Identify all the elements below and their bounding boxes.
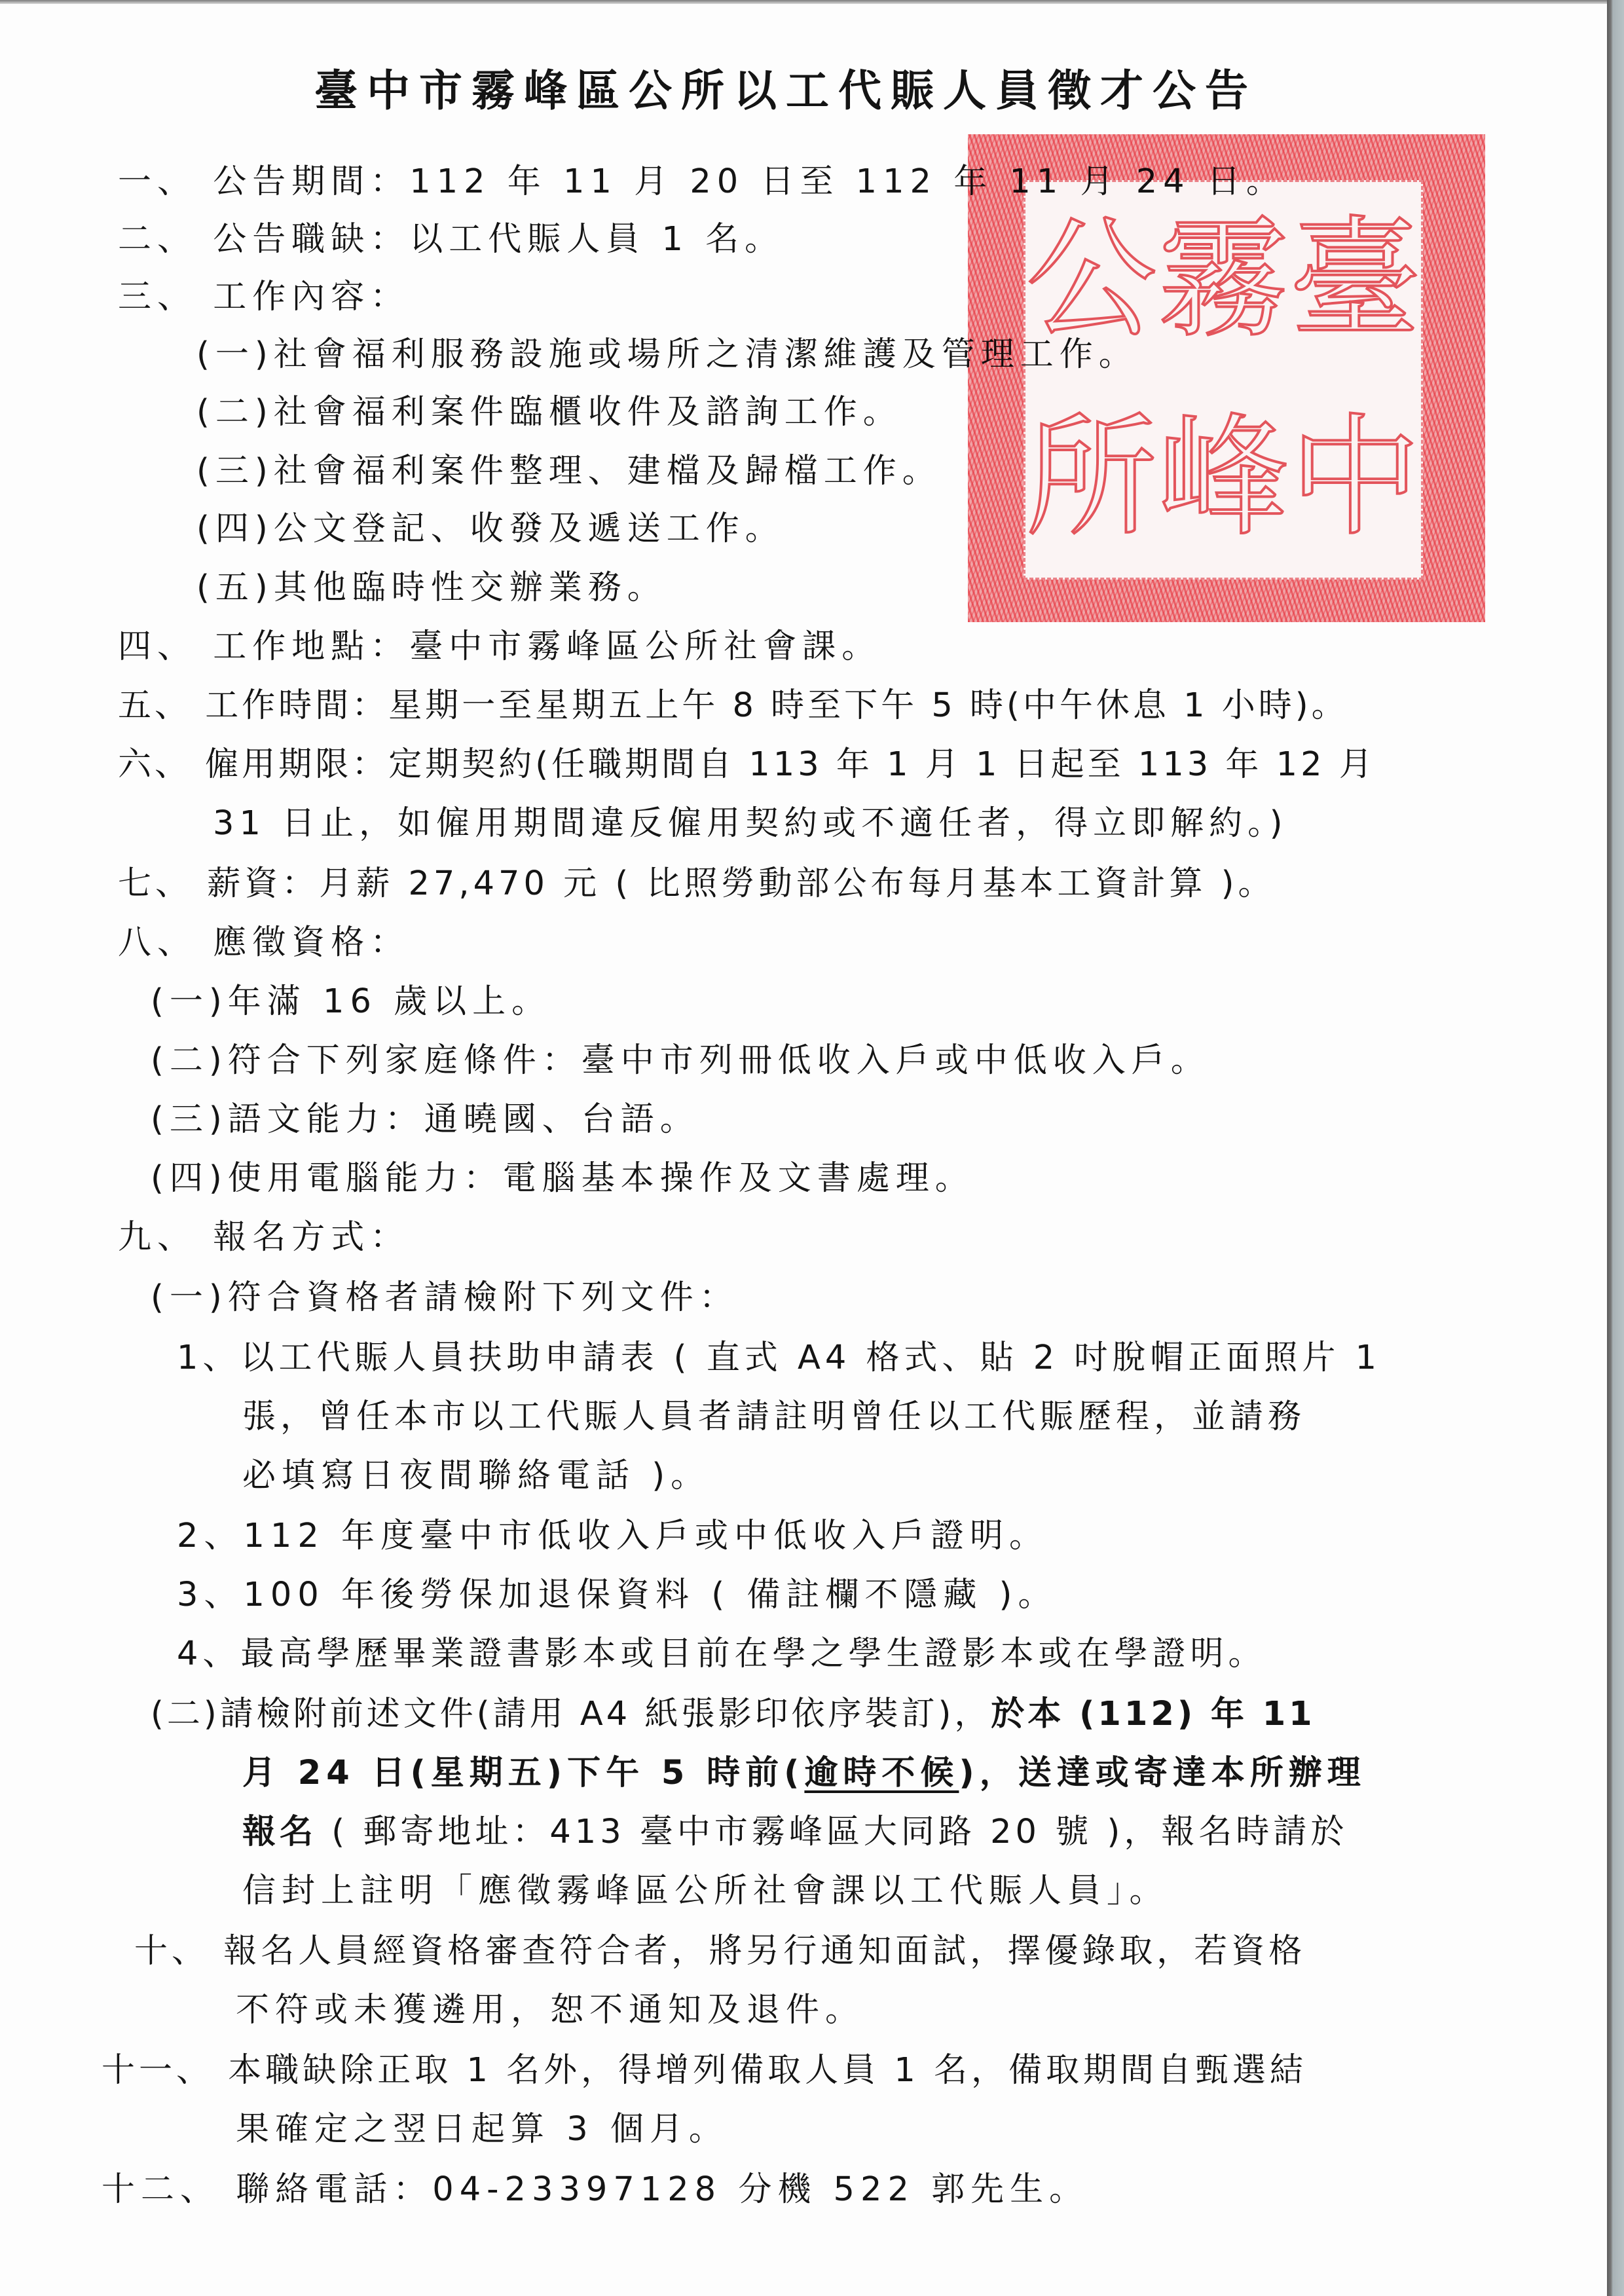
section-text: 星期一至星期五上午 8 時至下午 5 時(中午休息 1 小時)。 [388, 686, 1348, 725]
section-text: 臺中市霧峰區公所社會課。 [409, 627, 881, 666]
section-marker: 一、 [118, 162, 196, 201]
seal-char: 公 [1025, 182, 1157, 380]
section-4: 四、 工作地點：臺中市霧峰區公所社會課。 [118, 627, 881, 667]
deadline-text: 月 24 日(星期五)下午 5 時前( [242, 1754, 804, 1792]
section-marker: 三、 [118, 278, 196, 316]
section-heading: 公告職缺： [213, 220, 409, 259]
section-6: 六、 僱用期限：定期契約(任職期間自 113 年 1 月 1 日起至 113 年… [118, 745, 1376, 785]
section-7: 七、 薪資：月薪 27,470 元 ( 比照勞動部公布每月基本工資計算 )。 [118, 864, 1276, 904]
section-marker: 十一、 [101, 2051, 213, 2090]
section-11-line-2: 果確定之翌日起算 3 個月。 [236, 2110, 728, 2149]
section-3: 三、 工作內容： [118, 278, 409, 317]
section-marker: 二、 [118, 220, 196, 259]
item-marker: (二) [151, 1041, 228, 1080]
seal-char: 峰 [1157, 380, 1289, 578]
application-sub-2-line-3: 報名 ( 郵寄地址：413 臺中市霧峰區大同路 20 號 )，報名時請於 [242, 1813, 1348, 1852]
section-heading: 公告期間： [213, 162, 409, 201]
section-5: 五、 工作時間：星期一至星期五上午 8 時至下午 5 時(中午休息 1 小時)。 [118, 686, 1348, 726]
item-marker: (一) [151, 1278, 228, 1317]
seal-char: 中 [1289, 380, 1421, 578]
section-marker: 五、 [118, 686, 191, 725]
work-item: (二)社會福利案件臨櫃收件及諮詢工作。 [196, 393, 902, 432]
item-marker: (三) [151, 1100, 228, 1139]
section-heading: 報名方式： [213, 1218, 409, 1257]
section-2: 二、 公告職缺：以工代賑人員 1 名。 [118, 220, 784, 259]
document-item-1: 1、以工代賑人員扶助申請表 ( 直式 A4 格式、貼 2 吋脫帽正面照片 1 [177, 1339, 1381, 1378]
seal-char: 臺 [1289, 182, 1421, 380]
item-text: 使用電腦能力：電腦基本操作及文書處理。 [228, 1159, 974, 1198]
section-marker: 七、 [118, 864, 193, 903]
section-heading: 僱用期限： [205, 745, 388, 784]
section-10: 十、 報名人員經資格審查符合者，將另行通知面試，擇優錄取，若資格 [134, 1932, 1306, 1971]
section-marker: 六、 [118, 745, 191, 784]
item-text: 112 年度臺中市低收入戶或中低收入戶證明。 [243, 1517, 1048, 1555]
section-text: 月薪 27,470 元 ( 比照勞動部公布每月基本工資計算 )。 [319, 864, 1275, 903]
item-marker: 4、 [177, 1635, 240, 1673]
item-marker: (五) [196, 568, 274, 607]
section-text: 以工代賑人員 1 名。 [409, 220, 784, 259]
section-text: 報名人員經資格審查符合者，將另行通知面試，擇優錄取，若資格 [223, 1932, 1306, 1971]
section-marker: 十、 [134, 1932, 209, 1971]
qualification-item: (二)符合下列家庭條件：臺中市列冊低收入戶或中低收入戶。 [151, 1041, 1210, 1081]
contact-phone: 04-23397128 分機 522 郭先生。 [432, 2170, 1088, 2209]
section-text: 本職缺除正取 1 名外，得增列備取人員 1 名，備取期間自甄選結 [228, 2051, 1307, 2090]
work-item: (五)其他臨時性交辦業務。 [196, 568, 667, 608]
item-text: 社會福利案件臨櫃收件及諮詢工作。 [274, 393, 902, 432]
item-text: 其他臨時性交辦業務。 [274, 568, 667, 607]
item-marker: (四) [196, 509, 274, 548]
scanned-page: 臺 中 霧 峰 公 所 臺中市霧峰區公所以工代賑人員徵才公告 一、 公告期間：1… [0, 0, 1624, 2296]
document-item-2: 2、112 年度臺中市低收入戶或中低收入戶證明。 [177, 1517, 1048, 1556]
official-seal: 臺 中 霧 峰 公 所 [968, 134, 1485, 622]
document-item-4: 4、最高學歷畢業證書影本或目前在學之學生證影本或在學證明。 [177, 1635, 1266, 1674]
seal-char: 霧 [1157, 182, 1289, 380]
item-marker: (一) [196, 335, 274, 374]
item-marker: (四) [151, 1159, 228, 1198]
item-marker: 2、 [177, 1517, 243, 1555]
document-title: 臺中市霧峰區公所以工代賑人員徵才公告 [0, 56, 1572, 118]
section-heading: 薪資： [207, 864, 319, 903]
late-not-accepted: 逾時不候 [804, 1754, 959, 1792]
item-marker: (二) [151, 1695, 220, 1733]
document-item-3: 3、100 年後勞保加退保資料 ( 備註欄不隱藏 )。 [177, 1576, 1057, 1615]
seal-char: 所 [1025, 380, 1157, 578]
qualification-item: (三)語文能力：通曉國、台語。 [151, 1100, 699, 1139]
item-text: 最高學歷畢業證書影本或目前在學之學生證影本或在學證明。 [240, 1635, 1266, 1673]
section-heading: 工作內容： [213, 278, 409, 316]
section-heading: 工作時間： [205, 686, 388, 725]
deadline-text: 於本 (112) 年 11 [991, 1695, 1315, 1733]
qualification-item: (一)年滿 16 歲以上。 [151, 982, 551, 1022]
section-marker: 八、 [118, 923, 196, 962]
section-10-line-2: 不符或未獲遴用，恕不通知及退件。 [236, 1991, 864, 2030]
item-text: 以工代賑人員扶助申請表 ( 直式 A4 格式、貼 2 吋脫帽正面照片 1 [240, 1339, 1381, 1377]
section-9: 九、 報名方式： [118, 1218, 409, 1257]
deadline-text: )，送達或寄達本所辦理 [959, 1754, 1365, 1792]
application-sub-2-line-2: 月 24 日(星期五)下午 5 時前(逾時不候)，送達或寄達本所辦理 [242, 1754, 1366, 1793]
item-marker: (一) [151, 982, 228, 1021]
section-11: 十一、 本職缺除正取 1 名外，得增列備取人員 1 名，備取期間自甄選結 [101, 2051, 1307, 2090]
item-marker: 1、 [177, 1339, 240, 1377]
section-marker: 十二、 [101, 2170, 219, 2209]
item-text: 符合資格者請檢附下列文件： [228, 1278, 739, 1317]
section-heading: 應徵資格： [213, 923, 409, 962]
item-text: 符合下列家庭條件：臺中市列冊低收入戶或中低收入戶。 [228, 1041, 1210, 1080]
work-item: (四)公文登記、收發及遞送工作。 [196, 509, 784, 549]
work-item: (三)社會福利案件整理、建檔及歸檔工作。 [196, 452, 942, 491]
application-sub-2-line-4: 信封上註明「應徵霧峰區公所社會課以工代賑人員」。 [242, 1872, 1169, 1911]
seal-characters: 臺 中 霧 峰 公 所 [1025, 182, 1421, 578]
application-sub-2: (二)請檢附前述文件(請用 A4 紙張影印依序裝訂)，於本 (112) 年 11 [151, 1695, 1316, 1734]
section-8: 八、 應徵資格： [118, 923, 409, 963]
mailing-address: ( 郵寄地址：413 臺中市霧峰區大同路 20 號 )，報名時請於 [317, 1813, 1348, 1851]
item-text: 社會福利案件整理、建檔及歸檔工作。 [274, 452, 942, 491]
section-text: 定期契約(任職期間自 113 年 1 月 1 日起至 113 年 12 月 [388, 745, 1376, 784]
item-text: 公文登記、收發及遞送工作。 [274, 509, 784, 548]
item-text: 請檢附前述文件(請用 A4 紙張影印依序裝訂)， [220, 1695, 991, 1733]
item-text: 年滿 16 歲以上。 [228, 982, 551, 1021]
section-6-continued: 31 日止，如僱用期間違反僱用契約或不適任者，得立即解約。) [213, 804, 1288, 843]
seal-inner-frame: 臺 中 霧 峰 公 所 [1024, 180, 1423, 580]
register-label: 報名 [242, 1813, 317, 1851]
section-heading: 聯絡電話： [236, 2170, 432, 2209]
section-marker: 四、 [118, 627, 196, 666]
section-heading: 工作地點： [213, 627, 409, 666]
item-text: 語文能力：通曉國、台語。 [228, 1100, 699, 1139]
section-marker: 九、 [118, 1218, 196, 1257]
document-item-1-line-2: 張，曾任本市以工代賑人員者請註明曾任以工代賑歷程，並請務 [242, 1398, 1306, 1437]
item-marker: (三) [196, 452, 274, 491]
application-sub-1: (一)符合資格者請檢附下列文件： [151, 1278, 739, 1318]
item-text: 100 年後勞保加退保資料 ( 備註欄不隱藏 )。 [243, 1576, 1057, 1614]
qualification-item: (四)使用電腦能力：電腦基本操作及文書處理。 [151, 1159, 974, 1198]
document-item-1-line-3: 必填寫日夜間聯絡電話 )。 [242, 1456, 710, 1496]
item-marker: (二) [196, 393, 274, 432]
section-12: 十二、 聯絡電話：04-23397128 分機 522 郭先生。 [101, 2170, 1088, 2210]
item-marker: 3、 [177, 1576, 243, 1614]
